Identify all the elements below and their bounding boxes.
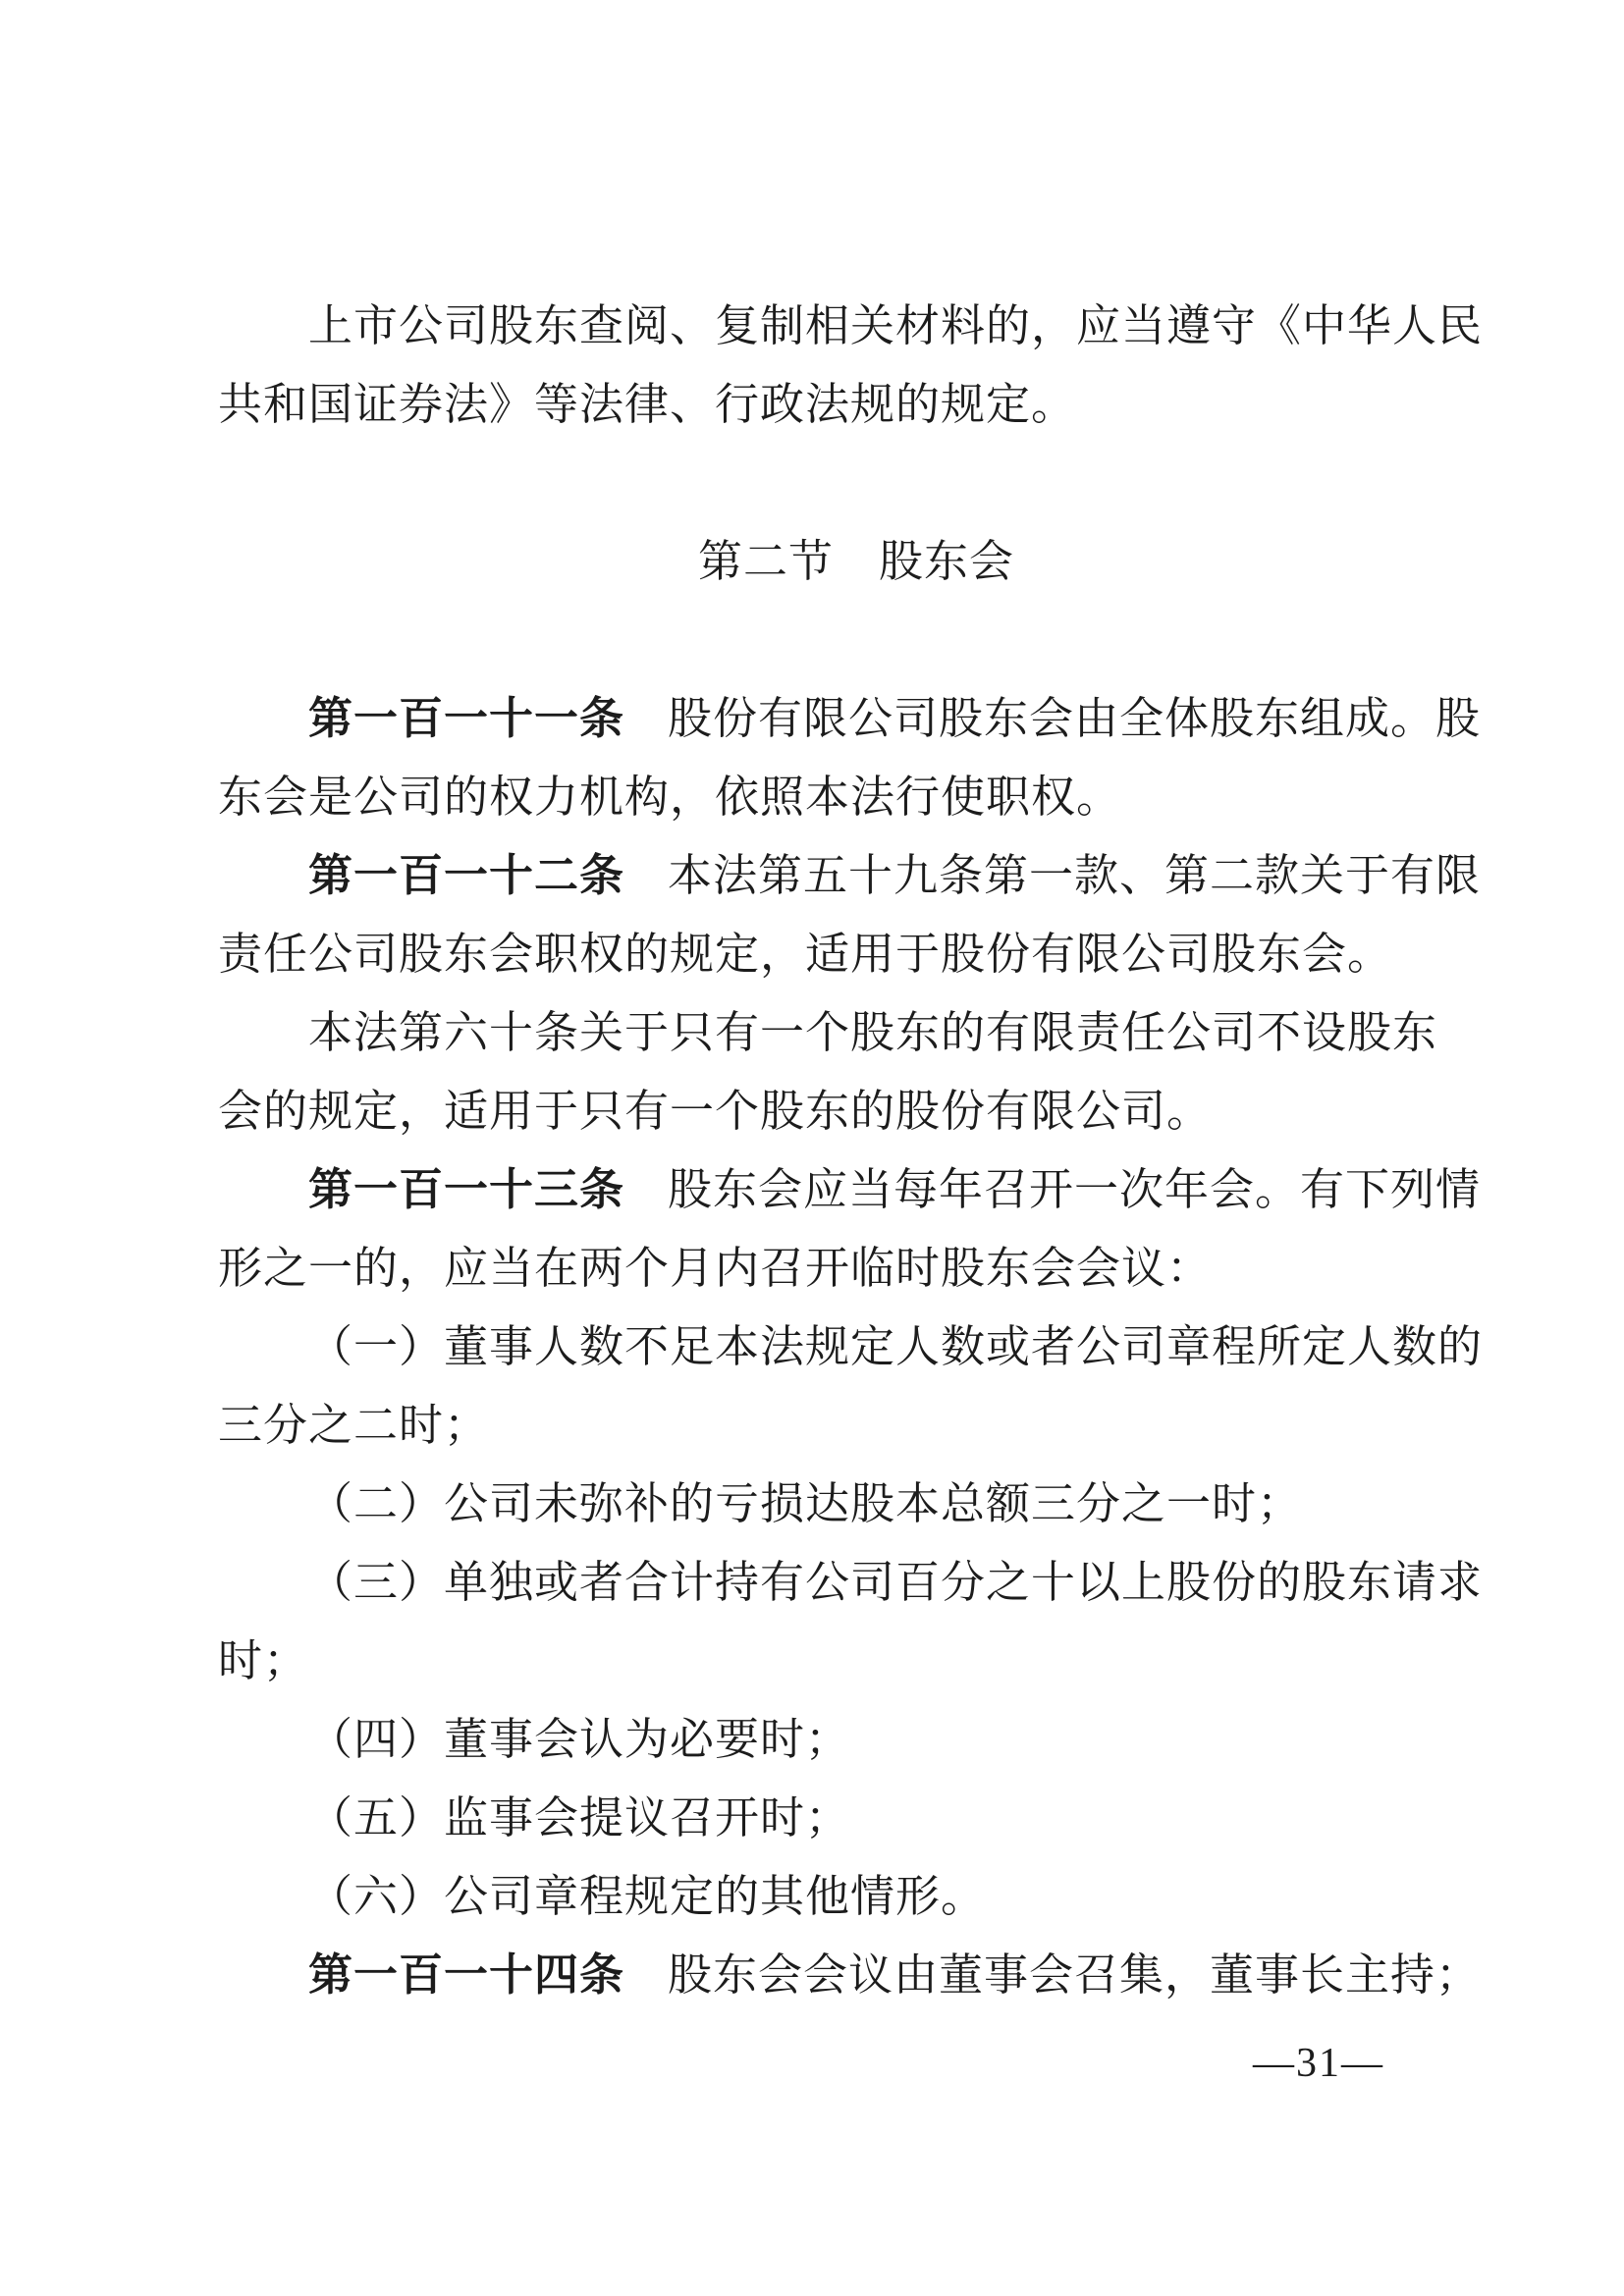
article-111-line-1: 第一百一十一条股份有限公司股东会由全体股东组成。股 bbox=[218, 679, 1494, 758]
article-111-number: 第一百一十一条 bbox=[308, 694, 624, 743]
article-113-number: 第一百一十三条 bbox=[308, 1165, 624, 1214]
intro-paragraph-line-1: 上市公司股东查阅、复制相关材料的，应当遵守《中华人民 bbox=[218, 287, 1494, 365]
article-111-line-2: 东会是公司的权力机构，依照本法行使职权。 bbox=[218, 758, 1494, 836]
article-111-text: 股份有限公司股东会由全体股东组成。股 bbox=[668, 694, 1481, 743]
article-112-para2-line-2: 会的规定，适用于只有一个股东的股份有限公司。 bbox=[218, 1072, 1494, 1150]
spacer bbox=[218, 601, 1494, 679]
article-113-text: 股东会应当每年召开一次年会。有下列情 bbox=[668, 1165, 1481, 1214]
article-113-line-1: 第一百一十三条股东会应当每年召开一次年会。有下列情 bbox=[218, 1150, 1494, 1229]
article-113-item-4: （四）董事会认为必要时； bbox=[218, 1700, 1494, 1779]
article-113-line-2: 形之一的，应当在两个月内召开临时股东会会议： bbox=[218, 1229, 1494, 1308]
article-113-item-2: （二）公司未弥补的亏损达股本总额三分之一时； bbox=[218, 1465, 1494, 1543]
article-114-text: 股东会会议由董事会召集，董事长主持； bbox=[668, 1950, 1481, 2000]
article-113-item-5: （五）监事会提议召开时； bbox=[218, 1779, 1494, 1857]
article-112-line-2: 责任公司股东会职权的规定，适用于股份有限公司股东会。 bbox=[218, 915, 1494, 993]
article-112-text: 本法第五十九条第一款、第二款关于有限 bbox=[668, 851, 1481, 900]
article-114-number: 第一百一十四条 bbox=[308, 1950, 624, 2000]
article-113-item-6: （六）公司章程规定的其他情形。 bbox=[218, 1857, 1494, 1936]
document-page: 上市公司股东查阅、复制相关材料的，应当遵守《中华人民 共和国证券法》等法律、行政… bbox=[0, 0, 1624, 2296]
article-112-line-1: 第一百一十二条本法第五十九条第一款、第二款关于有限 bbox=[218, 836, 1494, 915]
section-heading: 第二节 股东会 bbox=[218, 522, 1494, 601]
text-column: 上市公司股东查阅、复制相关材料的，应当遵守《中华人民 共和国证券法》等法律、行政… bbox=[218, 287, 1494, 2014]
article-113-item-3-line-2: 时； bbox=[218, 1622, 1494, 1700]
article-112-number: 第一百一十二条 bbox=[308, 851, 624, 900]
article-114-line-1: 第一百一十四条股东会会议由董事会召集，董事长主持； bbox=[218, 1936, 1494, 2014]
article-112-para2-line-1: 本法第六十条关于只有一个股东的有限责任公司不设股东 bbox=[218, 993, 1494, 1072]
intro-paragraph-line-2: 共和国证券法》等法律、行政法规的规定。 bbox=[218, 365, 1494, 444]
page-number: —31— bbox=[1253, 2040, 1384, 2087]
article-113-item-1-line-2: 三分之二时； bbox=[218, 1386, 1494, 1465]
article-113-item-1-line-1: （一）董事人数不足本法规定人数或者公司章程所定人数的 bbox=[218, 1308, 1494, 1386]
article-113-item-3-line-1: （三）单独或者合计持有公司百分之十以上股份的股东请求 bbox=[218, 1543, 1494, 1622]
spacer bbox=[218, 444, 1494, 522]
